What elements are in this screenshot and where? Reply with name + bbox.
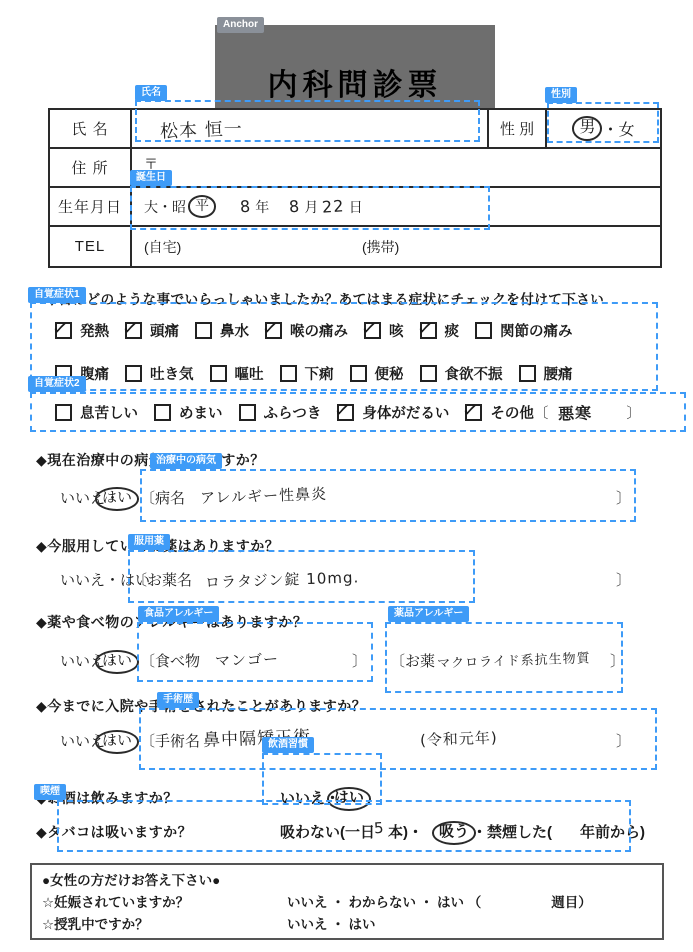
name-label: 氏 名 bbox=[50, 110, 132, 147]
women-only-section: ●女性の方だけお答え下さい● ☆妊娠されていますか？ いいえ ・ わからない ・… bbox=[30, 863, 664, 940]
nursing-question-row: ☆授乳中ですか？ いいえ ・ はい bbox=[42, 914, 652, 936]
address-label: 住 所 bbox=[50, 149, 132, 186]
anchor-region[interactable] bbox=[215, 25, 495, 108]
pregnancy-weeks-unit: 週目） bbox=[551, 892, 592, 914]
disease-annotation-box[interactable] bbox=[140, 469, 636, 522]
gender-annotation-badge[interactable]: 性別 bbox=[545, 87, 577, 103]
symptoms2-annotation-box[interactable] bbox=[30, 392, 686, 432]
disease-annotation-badge[interactable]: 治療中の病気 bbox=[150, 453, 222, 469]
tel-mobile-label: (携帯) bbox=[362, 237, 399, 257]
drug-allergy-annotation-box[interactable] bbox=[385, 622, 623, 693]
medication-annotation-box[interactable] bbox=[128, 550, 475, 603]
smoking-annotation-box[interactable] bbox=[57, 800, 631, 852]
name-annotation-box[interactable] bbox=[135, 100, 480, 142]
disease-answer-yes-circled[interactable]: はい bbox=[95, 487, 139, 511]
smoking-annotation-badge[interactable]: 喫煙 bbox=[34, 784, 66, 800]
women-section-title: ●女性の方だけお答え下さい● bbox=[42, 870, 652, 892]
medication-bracket-close: 〕 bbox=[616, 569, 631, 590]
food-allergy-annotation-badge[interactable]: 食品アレルギー bbox=[138, 606, 219, 622]
anchor-badge[interactable]: Anchor bbox=[217, 17, 264, 33]
allergy-answer-yes-circled[interactable]: はい bbox=[95, 650, 139, 674]
tel-home-label: (自宅) bbox=[144, 237, 181, 257]
table-row-tel: TEL (自宅) (携帯) bbox=[50, 227, 660, 266]
symptoms1-annotation-badge[interactable]: 自覚症状1 bbox=[28, 287, 86, 303]
address-field[interactable]: 〒 bbox=[132, 149, 660, 186]
pregnancy-question-row: ☆妊娠されていますか？ いいえ ・ わからない ・ はい （ 週目） bbox=[42, 892, 652, 914]
gender-label: 性 別 bbox=[489, 110, 547, 147]
pregnancy-question: ☆妊娠されていますか？ bbox=[42, 892, 287, 914]
nursing-question: ☆授乳中ですか？ bbox=[42, 914, 287, 936]
name-annotation-badge[interactable]: 氏名 bbox=[135, 85, 167, 101]
surgery-annotation-badge[interactable]: 手術歴 bbox=[157, 692, 199, 708]
birthday-annotation-box[interactable] bbox=[130, 186, 490, 230]
nursing-answer-options[interactable]: いいえ ・ はい bbox=[287, 914, 376, 936]
birthday-annotation-badge[interactable]: 誕生日 bbox=[130, 170, 172, 186]
gender-annotation-box[interactable] bbox=[547, 102, 659, 143]
tel-label: TEL bbox=[50, 227, 132, 266]
symptoms1-annotation-box[interactable] bbox=[30, 302, 658, 391]
tel-field[interactable]: (自宅) (携帯) bbox=[132, 227, 660, 266]
drinking-annotation-box[interactable] bbox=[262, 753, 382, 805]
drug-allergy-annotation-badge[interactable]: 薬品アレルギー bbox=[388, 606, 469, 622]
surgery-answer-yes-circled[interactable]: はい bbox=[95, 730, 139, 754]
food-allergy-annotation-box[interactable] bbox=[137, 622, 373, 682]
drinking-annotation-badge[interactable]: 飲酒習慣 bbox=[262, 737, 314, 753]
pregnancy-answer-options[interactable]: いいえ ・ わからない ・ はい （ bbox=[287, 892, 481, 914]
surgery-annotation-box[interactable] bbox=[139, 708, 657, 770]
medication-annotation-badge[interactable]: 服用薬 bbox=[128, 534, 170, 550]
birthdate-label: 生年月日 bbox=[50, 188, 132, 225]
questionnaire-page: 内科問診票 氏 名 松本 恒一 性 別 男 ・ 女 住 所 〒 生年月日 大・昭 bbox=[0, 0, 693, 952]
symptoms2-annotation-badge[interactable]: 自覚症状2 bbox=[28, 376, 86, 392]
